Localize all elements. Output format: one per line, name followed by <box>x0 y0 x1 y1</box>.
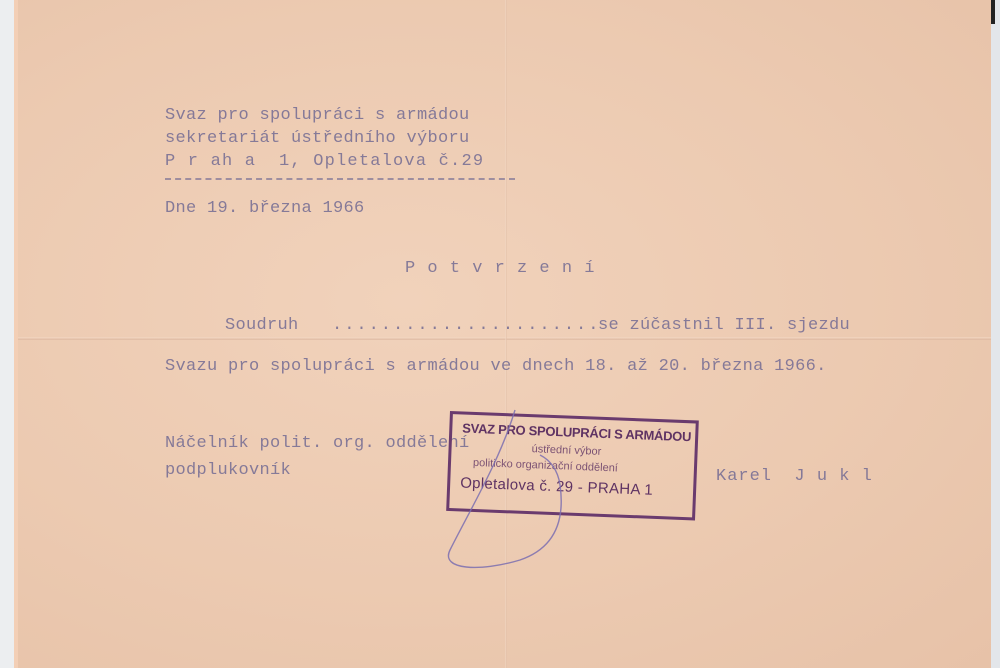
document-date: Dne 19. března 1966 <box>165 199 365 218</box>
signatory-position: Náčelník polit. org. oddělení <box>165 434 470 453</box>
header-secretariat: sekretariát ústředního výboru <box>165 129 470 148</box>
handwritten-signature <box>430 400 630 580</box>
header-address: P r ah a 1, Opletalova č.29 <box>165 152 484 171</box>
header-org-name: Svaz pro spolupráci s armádou <box>165 106 470 125</box>
body-participation-text: se zúčastnil III. sjezdu <box>598 316 850 335</box>
body-name-blank: ...................... <box>332 316 600 335</box>
horizontal-fold <box>17 337 991 340</box>
scan-right-edge <box>991 0 1000 668</box>
signatory-rank: podplukovník <box>165 461 291 480</box>
document-title: P o t v r z e n í <box>405 259 595 278</box>
body-comrade-label: Soudruh <box>225 316 299 335</box>
signatory-name: Karel J u k l <box>716 467 873 486</box>
header-underline <box>165 178 515 180</box>
body-congress-text: Svazu pro spolupráci s armádou ve dnech … <box>165 357 827 376</box>
paper-left-edge <box>14 0 18 668</box>
